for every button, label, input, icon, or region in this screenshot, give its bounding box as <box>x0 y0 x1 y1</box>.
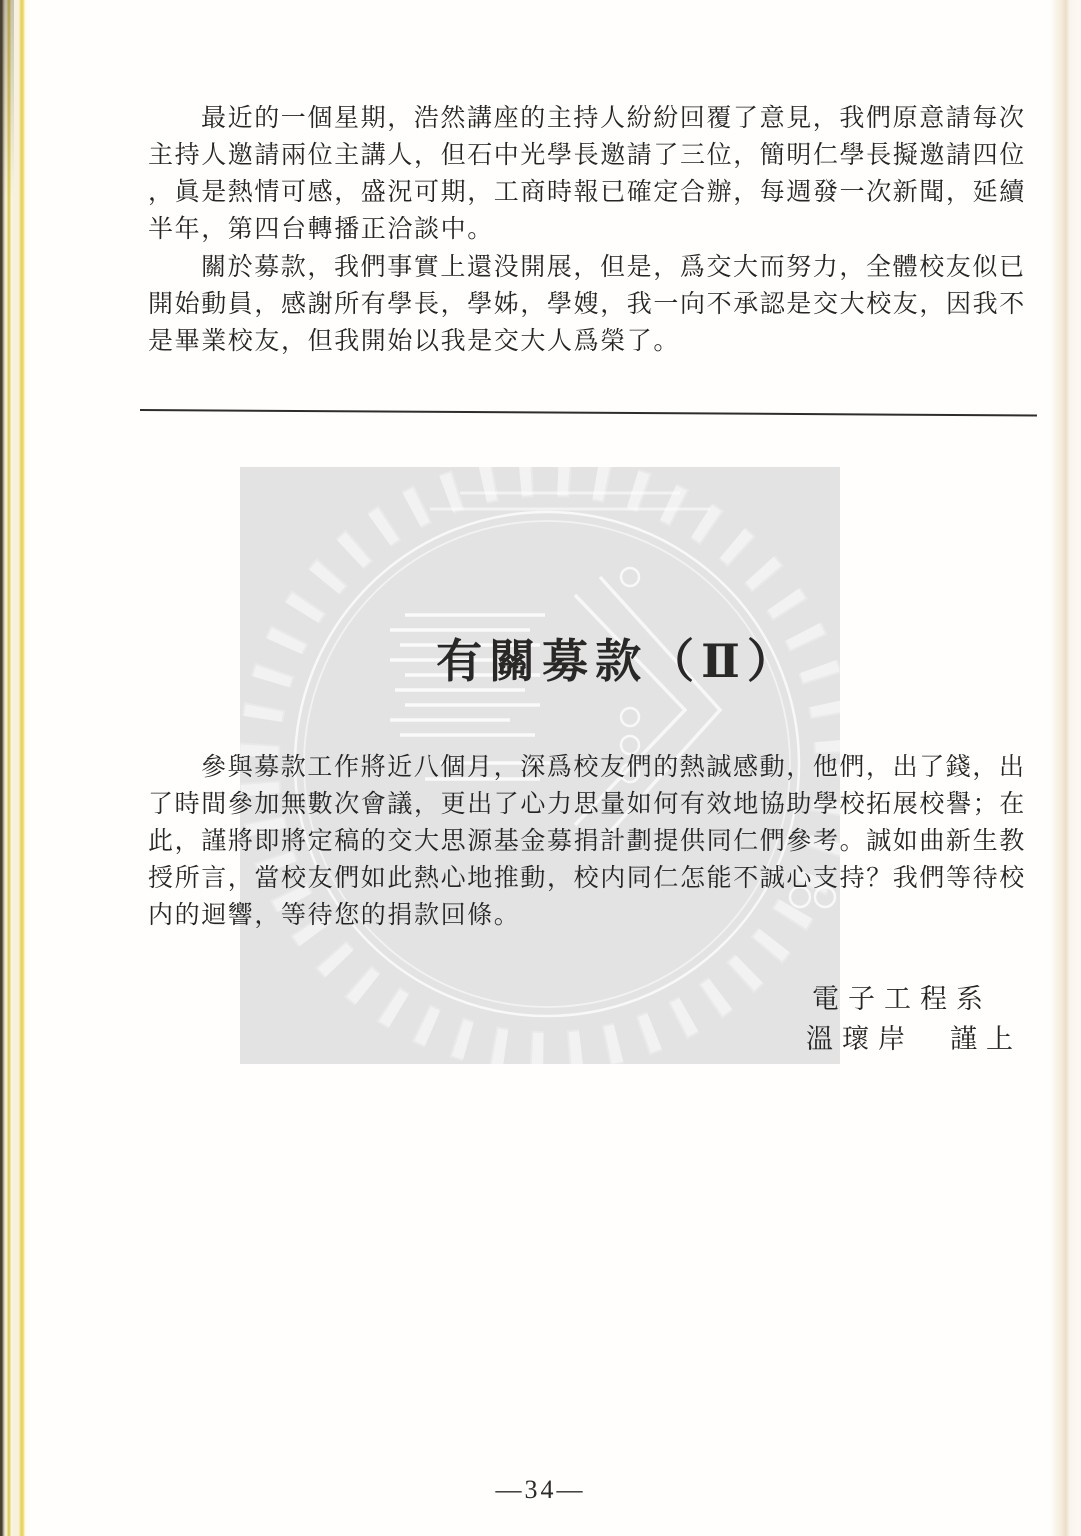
signature-block: 電子工程系 溫瓌岸 謹上 <box>806 979 1022 1059</box>
text-line: 最近的一個星期，浩然講座的主持人紛紛回覆了意見，我們原意請每次 <box>148 100 1028 137</box>
text-line: 半年，第四台轉播正洽談中。 <box>148 211 1028 248</box>
book-spine-edge <box>0 0 28 1536</box>
scanned-page: 最近的一個星期，浩然講座的主持人紛紛回覆了意見，我們原意請每次 主持人邀請兩位主… <box>0 0 1081 1536</box>
text-line: 内的迴響，等待您的捐款回條。 <box>148 897 1028 934</box>
page-edge-shadow <box>1050 0 1081 1536</box>
text-line: ，眞是熱情可感，盛況可期，工商時報已確定合辦，每週發一次新聞，延續 <box>148 174 1028 211</box>
text-line: 是畢業校友，但我開始以我是交大人爲榮了。 <box>148 323 1028 360</box>
text-line: 此，謹將即將定稿的交大思源基金募捐計劃提供同仁們參考。誠如曲新生教 <box>148 823 1028 860</box>
text-line: 開始動員，感謝所有學長，學姊，學嫂，我一向不承認是交大校友，因我不 <box>148 286 1028 323</box>
paragraph-1: 最近的一個星期，浩然講座的主持人紛紛回覆了意見，我們原意請每次 主持人邀請兩位主… <box>148 100 1028 248</box>
text-line: 了時間參加無數次會議，更出了心力思量如何有效地協助學校拓展校譽；在 <box>148 786 1028 823</box>
signature-name: 溫瓌岸 謹上 <box>806 1019 1022 1059</box>
text-line: 授所言，當校友們如此熱心地推動，校内同仁怎能不誠心支持？我們等待校 <box>148 860 1028 897</box>
scan-smudge <box>0 0 14 230</box>
paragraph-3: 參與募款工作將近八個月，深爲校友們的熱誠感動，他們，出了錢，出 了時間參加無數次… <box>148 749 1028 934</box>
section-divider-rule <box>140 409 1037 416</box>
signature-department: 電子工程系 <box>806 979 1022 1019</box>
text-line: 主持人邀請兩位主講人，但石中光學長邀請了三位，簡明仁學長擬邀請四位 <box>148 137 1028 174</box>
article-title: 有關募款（Ⅱ） <box>148 631 1028 693</box>
paragraph-2: 關於募款，我們事實上還没開展，但是，爲交大而努力，全體校友似已 開始動員，感謝所… <box>148 249 1028 360</box>
page-number: —34— <box>0 1475 1081 1505</box>
text-line: 關於募款，我們事實上還没開展，但是，爲交大而努力，全體校友似已 <box>148 249 1028 286</box>
text-line: 參與募款工作將近八個月，深爲校友們的熱誠感動，他們，出了錢，出 <box>148 749 1028 786</box>
